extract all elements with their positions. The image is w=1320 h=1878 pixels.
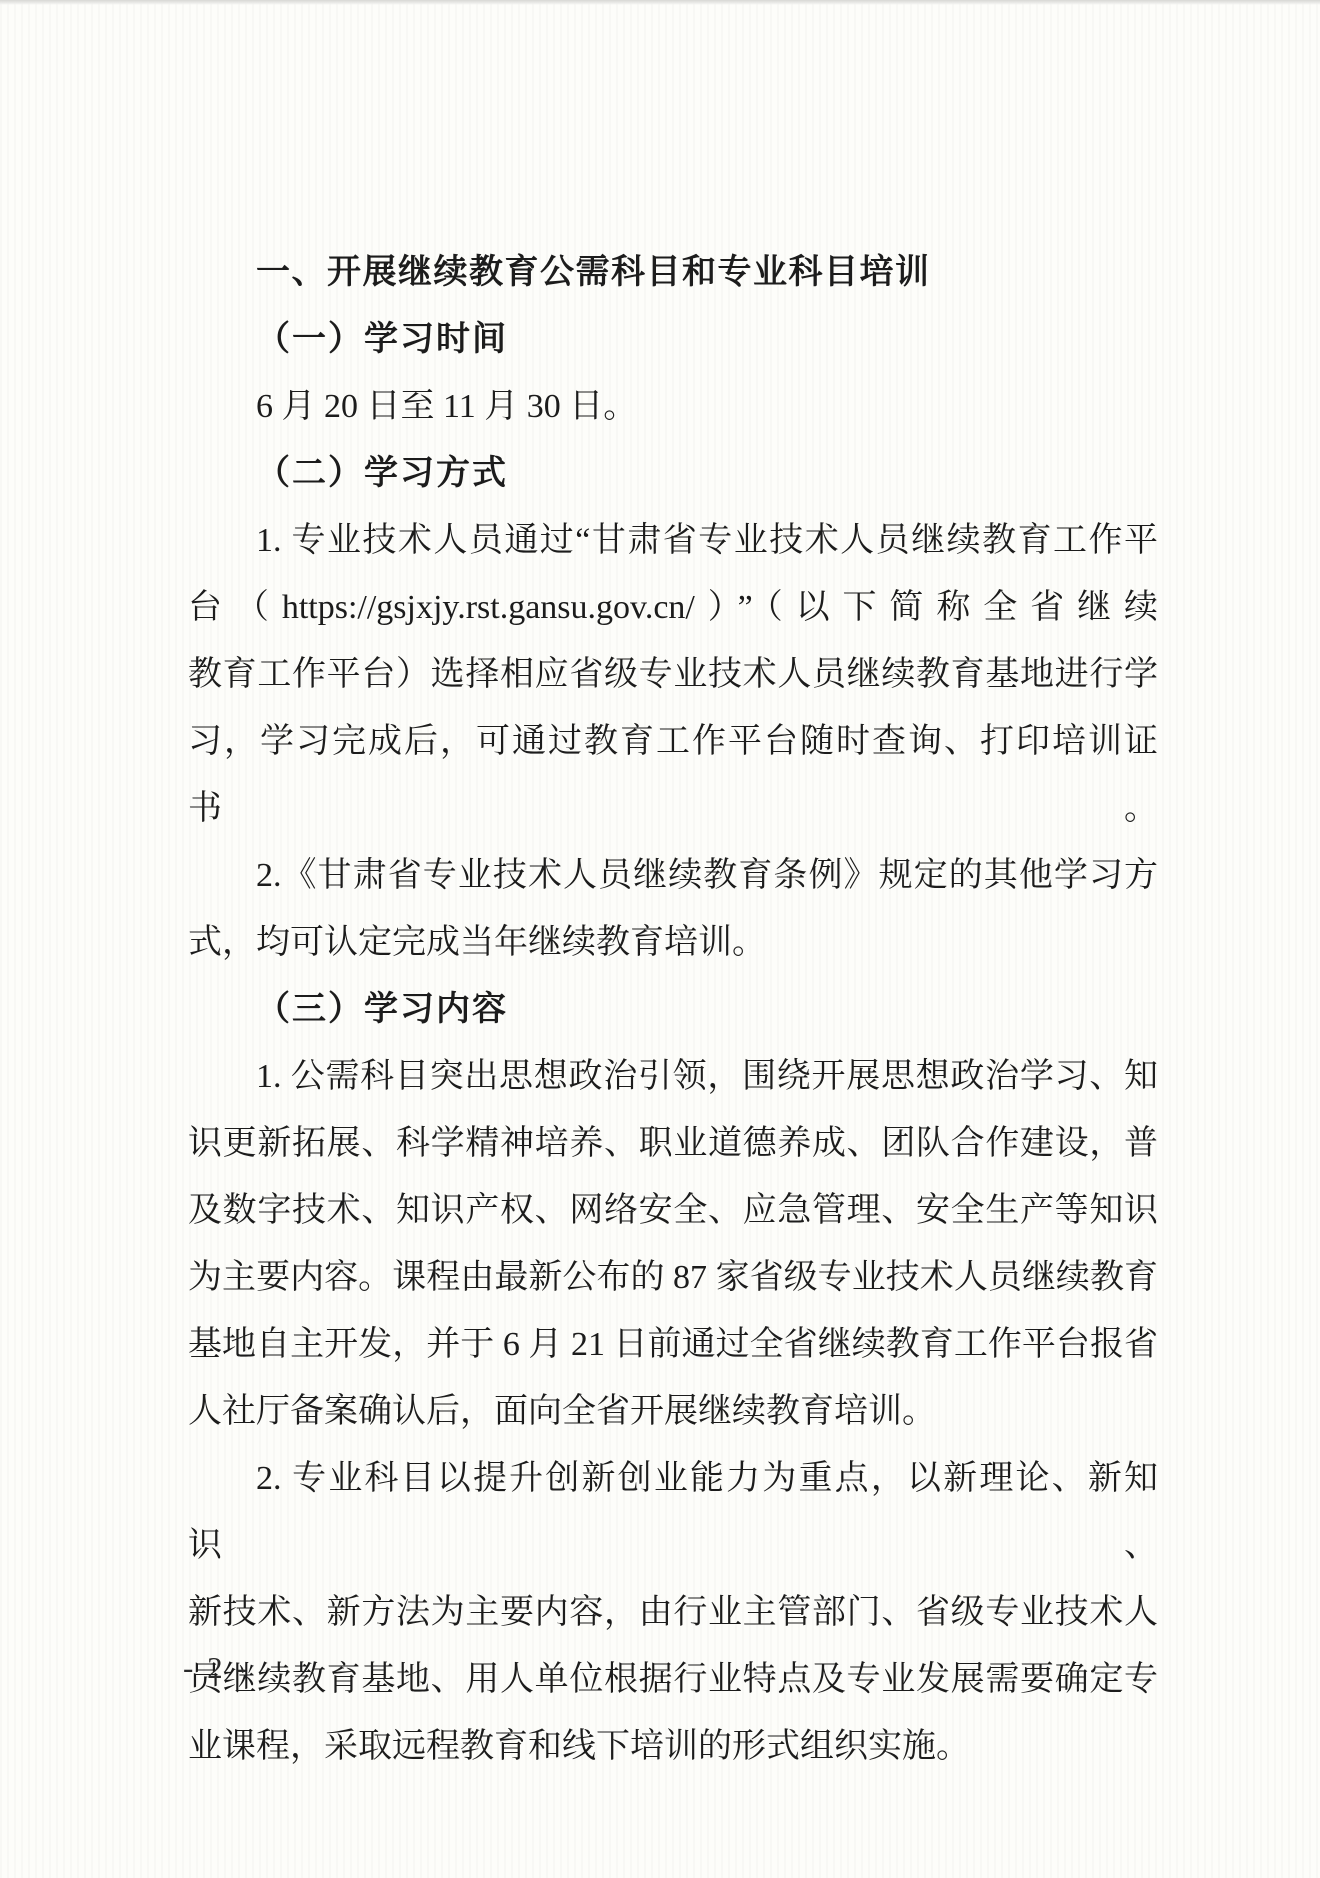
text-line: 业课程，采取远程教育和线下培训的形式组织实施。	[188, 1713, 1158, 1780]
subsection-heading-1: （一）学习时间	[188, 306, 1158, 373]
text-line: 员继续教育基地、用人单位根据行业特点及专业发展需要确定专	[188, 1646, 1158, 1713]
subsection-heading-2: （二）学习方式	[188, 440, 1158, 507]
document-page: 一、开展继续教育公需科目和专业科目培训 （一）学习时间 6 月 20 日至 11…	[0, 0, 1320, 1878]
scan-top-edge	[0, 0, 1320, 5]
text-line: 1. 专业技术人员通过“甘肃省专业技术人员继续教育工作平	[188, 507, 1158, 574]
page-number: - 2 -	[183, 1648, 250, 1688]
text-line: 为主要内容。课程由最新公布的 87 家省级专业技术人员继续教育	[188, 1244, 1158, 1311]
subsection-heading-3: （三）学习内容	[188, 976, 1158, 1043]
text-line: 台（https://gsjxjy.rst.gansu.gov.cn/）”（以下简…	[188, 574, 1158, 641]
document-body: 一、开展继续教育公需科目和专业科目培训 （一）学习时间 6 月 20 日至 11…	[188, 239, 1158, 1780]
text-line: 识更新拓展、科学精神培养、职业道德养成、团队合作建设，普	[188, 1110, 1158, 1177]
text-line: 基地自主开发，并于 6 月 21 日前通过全省继续教育工作平台报省	[188, 1311, 1158, 1378]
study-period-line: 6 月 20 日至 11 月 30 日。	[188, 373, 1158, 440]
text-line: 习，学习完成后，可通过教育工作平台随时查询、打印培训证书。	[188, 708, 1158, 842]
text-line: 式，均可认定完成当年继续教育培训。	[188, 909, 1158, 976]
text-line: 1. 公需科目突出思想政治引领，围绕开展思想政治学习、知	[188, 1043, 1158, 1110]
text-line: 及数字技术、知识产权、网络安全、应急管理、安全生产等知识	[188, 1177, 1158, 1244]
text-line: 2.《甘肃省专业技术人员继续教育条例》规定的其他学习方	[188, 842, 1158, 909]
text-line: 人社厅备案确认后，面向全省开展继续教育培训。	[188, 1378, 1158, 1445]
section-heading: 一、开展继续教育公需科目和专业科目培训	[188, 239, 1158, 306]
text-line: 2. 专业科目以提升创新创业能力为重点，以新理论、新知识、	[188, 1445, 1158, 1579]
text-line: 教育工作平台）选择相应省级专业技术人员继续教育基地进行学	[188, 641, 1158, 708]
text-line: 新技术、新方法为主要内容，由行业主管部门、省级专业技术人	[188, 1579, 1158, 1646]
